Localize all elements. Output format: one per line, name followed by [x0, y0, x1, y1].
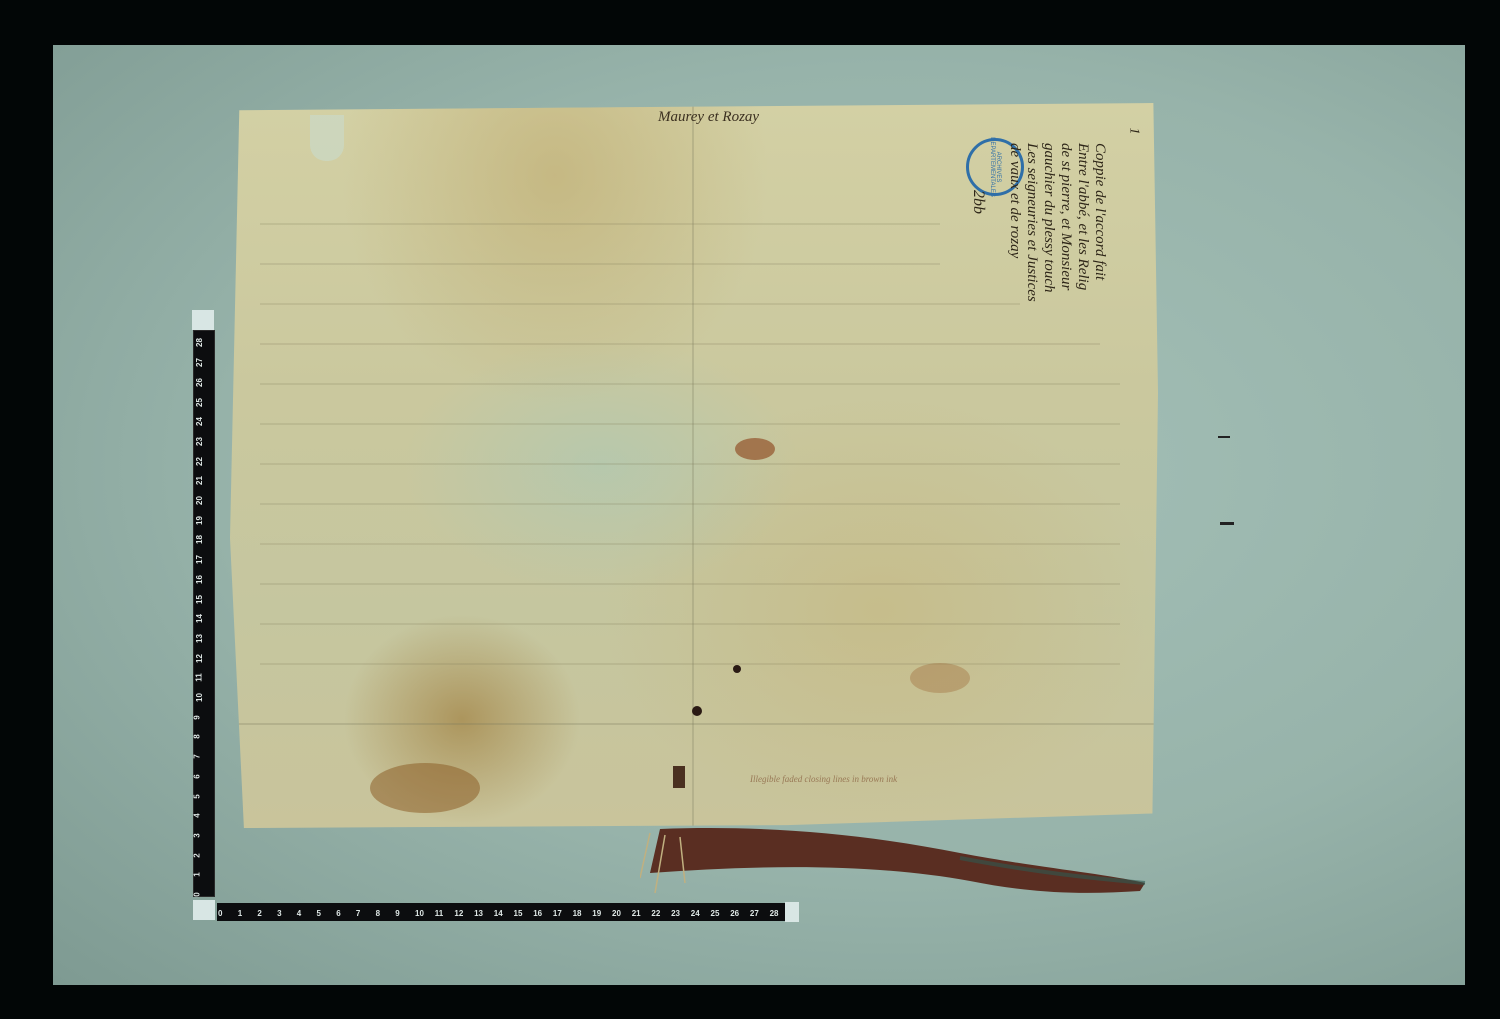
- marginal-line: gauchier du plessy touch: [1040, 143, 1057, 273]
- parchment-document: Maurey et Rozay ARCHIVES DEPARTEMENTALES…: [230, 103, 1158, 828]
- ruler-tick-label: 12: [195, 654, 204, 663]
- ruler-tick-label: 15: [514, 909, 523, 918]
- ruler-tick-label: 18: [195, 535, 204, 544]
- ruler-tick-label: 3: [193, 833, 202, 837]
- marginal-line: Coppie de l'accord fait: [1091, 143, 1108, 273]
- ruler-tick-label: 7: [193, 754, 202, 758]
- ruler-tick-label: 15: [195, 595, 204, 604]
- ruler-tick-label: 28: [770, 909, 779, 918]
- ruler-tick-label: 2: [257, 909, 261, 918]
- marginal-note: Coppie de l'accord fait Entre l'abbé, et…: [1006, 143, 1108, 273]
- faded-text-line: [260, 503, 1120, 505]
- ruler-tick-label: 17: [553, 909, 562, 918]
- ruler-tick-label: 8: [193, 735, 202, 739]
- ruler-tick-label: 13: [195, 634, 204, 643]
- ruler-tick-label: 5: [317, 909, 321, 918]
- ruler-tick-label: 27: [750, 909, 759, 918]
- ruler-tick-label: 11: [435, 909, 443, 918]
- ruler-tick-label: 24: [691, 909, 700, 918]
- faded-text-line: [260, 463, 1120, 465]
- ruler-tick-label: 0: [218, 909, 222, 918]
- ruler-tick-label: 28: [195, 338, 204, 347]
- ruler-tick-label: 8: [376, 909, 380, 918]
- ruler-tick-label: 6: [193, 774, 202, 778]
- ruler-tick-label: 9: [395, 909, 399, 918]
- ruler-tick-label: 22: [195, 457, 204, 466]
- ruler-tick-label: 7: [356, 909, 360, 918]
- faded-text-line: [260, 343, 1100, 345]
- faded-text-line: [260, 543, 1120, 545]
- fold-crease-vertical: [692, 103, 694, 828]
- ruler-end-cap: [785, 902, 799, 922]
- ruler-tick-label: 19: [592, 909, 601, 918]
- ruler-tick-label: 0: [193, 892, 202, 896]
- ruler-tick-label: 26: [730, 909, 739, 918]
- ruler-tick-label: 16: [195, 575, 204, 584]
- marginal-line: Entre l'abbé, et les Relig: [1074, 143, 1091, 273]
- marginal-line: de vaux et de rozay: [1006, 143, 1023, 273]
- ruler-tick-label: 19: [195, 516, 204, 525]
- top-title-note: Maurey et Rozay: [658, 109, 759, 126]
- ruler-tick-label: 25: [711, 909, 720, 918]
- stain: [910, 663, 970, 693]
- ruler-corner-cap: [193, 900, 215, 920]
- ruler-tick-label: 9: [193, 715, 202, 719]
- faded-text-line: [260, 263, 940, 265]
- hole: [692, 706, 702, 716]
- registration-mark: [1218, 436, 1230, 438]
- bottom-text: Illegible faded closing lines in brown i…: [750, 773, 1150, 786]
- marginal-line: Les seigneuries et Justices: [1023, 143, 1040, 273]
- ruler-tick-label: 3: [277, 909, 281, 918]
- ruler-tick-label: 21: [632, 909, 641, 918]
- faded-text-line: [260, 383, 1120, 385]
- ruler-tick-label: 10: [195, 693, 204, 702]
- registration-mark: [1220, 522, 1234, 525]
- ruler-tick-label: 4: [297, 909, 301, 918]
- ruler-tick-label: 14: [195, 614, 204, 623]
- marginal-number: 1: [1126, 128, 1142, 135]
- ruler-tick-label: 23: [195, 437, 204, 446]
- ruler-tick-label: 17: [195, 555, 204, 564]
- stain: [370, 763, 480, 813]
- faded-text-line: [260, 423, 1120, 425]
- repair-patch: [310, 115, 344, 161]
- ruler-tick-label: 18: [573, 909, 582, 918]
- ruler-tick-label: 6: [336, 909, 340, 918]
- stain: [735, 438, 775, 460]
- ruler-tick-label: 12: [454, 909, 463, 918]
- seal-slot: [673, 766, 685, 788]
- ruler-tick-label: 2: [193, 853, 202, 857]
- faded-text-line: [260, 303, 1020, 305]
- ruler-tick-label: 20: [612, 909, 621, 918]
- ruler-tick-label: 23: [671, 909, 680, 918]
- ruler-tick-label: 13: [474, 909, 483, 918]
- ruler-tick-label: 11: [195, 674, 204, 682]
- ruler-tick-label: 1: [193, 873, 202, 877]
- ruler-tick-label: 5: [193, 794, 202, 798]
- hole: [733, 665, 741, 673]
- horizontal-scale-ruler: [217, 903, 795, 921]
- ruler-tick-label: 21: [195, 476, 204, 485]
- fold-crease-horizontal: [230, 723, 1158, 725]
- marginal-line: de st pierre, et Monsieur: [1057, 143, 1074, 273]
- ruler-tick-label: 14: [494, 909, 503, 918]
- ruler-tick-label: 24: [195, 417, 204, 426]
- ruler-tick-label: 20: [195, 496, 204, 505]
- faded-text-line: [260, 623, 1120, 625]
- faded-text-line: [260, 223, 940, 225]
- ruler-tick-label: 22: [651, 909, 660, 918]
- seal-cord-tassel: [640, 823, 1150, 898]
- ruler-tick-label: 25: [195, 398, 204, 407]
- ruler-end-cap: [192, 310, 214, 330]
- ruler-tick-label: 10: [415, 909, 424, 918]
- ruler-tick-label: 27: [195, 358, 204, 367]
- faded-text-line: [260, 663, 1120, 665]
- ruler-tick-label: 4: [193, 813, 202, 817]
- faded-text-line: [260, 583, 1120, 585]
- ruler-tick-label: 16: [533, 909, 542, 918]
- ruler-tick-label: 1: [238, 909, 242, 918]
- ruler-tick-label: 26: [195, 378, 204, 387]
- shelf-number: 2bb: [969, 190, 987, 214]
